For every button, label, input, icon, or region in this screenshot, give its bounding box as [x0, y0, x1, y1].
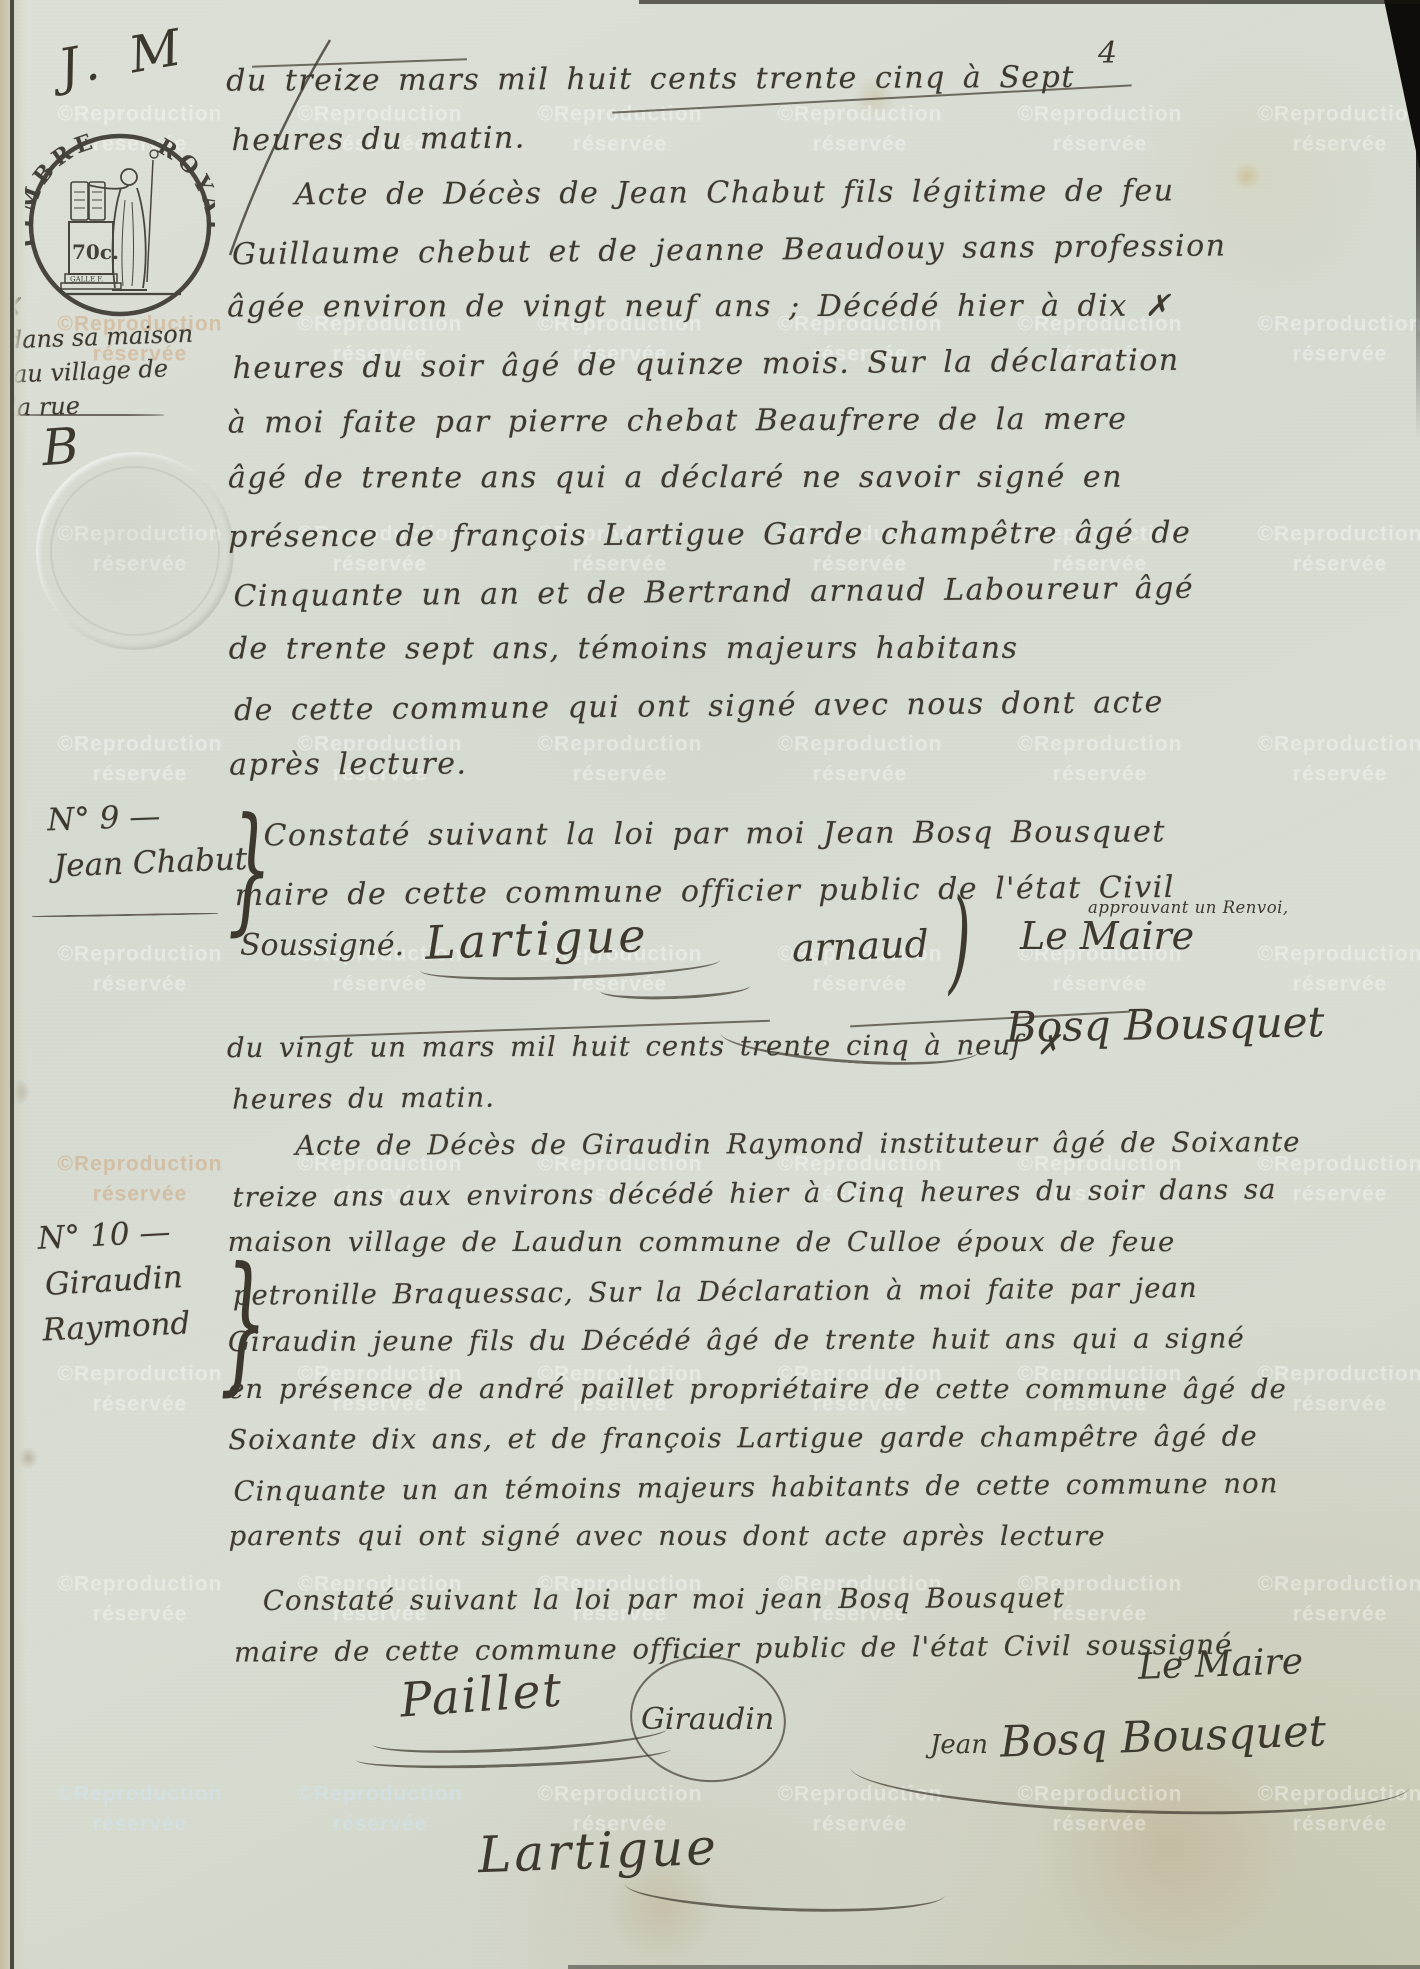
handwritten-line: du vingt un mars mil huit cents trente c… — [227, 1020, 1412, 1073]
act2-body-block: Acte de Décès de Giraudin Raymond instit… — [227, 1118, 1414, 1563]
handwritten-line: Soixante dix ans, et de françois Lartigu… — [228, 1412, 1413, 1465]
handwritten-line: la rue — [9, 385, 196, 425]
margin-location-note: dans sa maisonau village dela rue — [6, 317, 196, 425]
act1-arnaud-paren: ) — [949, 876, 971, 1006]
act1-text: du treize mars mil huit cents trente cin… — [226, 47, 1415, 921]
copyright-watermark: ©Reproductionréservée — [1258, 940, 1420, 1001]
copyright-watermark: ©Reproductionréservée — [58, 1570, 223, 1631]
binding-crease — [10, 0, 14, 1969]
handwritten-line: Cinquante un an et de Bertrand arnaud La… — [233, 558, 1418, 625]
clerk-paraph: J. M — [54, 17, 193, 97]
embossed-seal — [36, 452, 234, 650]
handwritten-line: Guillaume chebut et de jeanne Beaudouy s… — [232, 216, 1417, 283]
act1-margin-underline — [32, 912, 218, 917]
act1-number: N° 9 — — [46, 791, 241, 844]
handwritten-line: Cinquante un an témoins majeurs habitant… — [233, 1458, 1418, 1516]
copyright-watermark: ©Reproductionréservée — [58, 730, 223, 791]
handwritten-line: présence de françois Lartigue Garde cham… — [228, 503, 1413, 565]
copyright-watermark: ©Reproductionréservée — [58, 1780, 223, 1841]
handwritten-line: après lecture. — [229, 731, 1414, 793]
copyright-watermark: ©Reproductionréservée — [58, 940, 223, 1001]
act2-number: N° 10 — — [36, 1208, 186, 1262]
copyright-watermark: ©Reproductionréservée — [58, 1360, 223, 1421]
handwritten-line: de cette commune qui ont signé avec nous… — [234, 672, 1419, 739]
margin-act2-ref: N° 10 — Giraudin Raymond — [36, 1208, 191, 1354]
act2-date-block: du vingt un mars mil huit cents trente c… — [227, 1020, 1412, 1122]
page-top-edge — [639, 0, 1420, 4]
handwritten-line: heures du matin. — [232, 1066, 1417, 1124]
handwritten-line: en présence de andré paillet propriétair… — [228, 1365, 1413, 1414]
handwritten-line: Giraudin jeune fils du Décédé âgé de tre… — [228, 1314, 1413, 1367]
signature-flourish — [600, 975, 751, 1001]
handwritten-line: Acte de Décès de Jean Chabut fils légiti… — [227, 161, 1412, 223]
handwritten-line: treize ans aux environs décédé hier à Ci… — [232, 1164, 1417, 1222]
act2-name-1: Giraudin — [44, 1254, 194, 1308]
handwritten-line: Acte de Décès de Giraudin Raymond instit… — [227, 1118, 1412, 1171]
timbre-royal-stamp: TIMBRE ROYAL. 70c. GALLE F. — [25, 130, 215, 320]
act1-body-block: Acte de Décès de Jean Chabut fils légiti… — [227, 161, 1415, 793]
handwritten-line: parents qui ont signé avec nous dont act… — [229, 1512, 1414, 1561]
registry-page: ©Reproductionréservée©Reproductionréserv… — [0, 0, 1420, 1969]
act2-name-2: Raymond — [41, 1300, 191, 1353]
page-bottom-edge — [568, 1965, 1420, 1969]
stamp-arc-right-text: ROYAL. — [153, 133, 215, 256]
handwritten-line: heures du soir âgé de quinze mois. Sur l… — [232, 330, 1417, 397]
signature-flourish — [849, 1730, 1411, 1822]
handwritten-line: âgé de trente ans qui a déclaré ne savoi… — [228, 448, 1413, 506]
handwritten-line: Constaté suivant la loi par moi jean Bos… — [229, 1573, 1414, 1626]
svg-text:ROYAL.: ROYAL. — [153, 133, 215, 256]
act2-maire-title: Le Maire — [1137, 1641, 1303, 1688]
margin-act1-ref: N° 9 — Jean Chabut — [46, 791, 243, 890]
handwritten-line: âgée environ de vingt neuf ans ; Décédé … — [227, 277, 1412, 335]
act1-name: Jean Chabut — [53, 836, 248, 890]
act2-signature-paillet: Paillet — [398, 1662, 565, 1728]
act1-date-block: du treize mars mil huit cents trente cin… — [226, 47, 1411, 166]
act1-maire-title: Le Maire — [1020, 914, 1194, 958]
margin-paraph-b: B — [40, 417, 81, 477]
page-right-edge — [1416, 120, 1420, 440]
handwritten-line: du treize mars mil huit cents trente cin… — [226, 47, 1411, 109]
copyright-watermark: ©Reproductionréservée — [298, 1780, 463, 1841]
handwritten-line: Constaté suivant la loi par moi Jean Bos… — [229, 802, 1414, 864]
handwritten-line: maison village de Laudun commune de Cull… — [228, 1218, 1413, 1267]
copyright-watermark: ©Reproductionréservée — [58, 1150, 223, 1211]
handwritten-line: à moi faite par pierre chebat Beaufrere … — [228, 389, 1413, 451]
handwritten-line: de trente sept ans, témoins majeurs habi… — [229, 619, 1414, 677]
handwritten-line: heures du matin. — [231, 102, 1416, 169]
handwritten-line: petronille Braquessac, Sur la Déclaratio… — [233, 1262, 1418, 1320]
act1-signature-arnaud: arnaud — [791, 922, 929, 971]
signature-flourish — [624, 1862, 945, 1916]
margin-underline — [14, 414, 164, 416]
act2-text: du vingt un mars mil huit cents trente c… — [227, 1020, 1414, 1675]
act2-signature-giraudin: Giraudin — [641, 1701, 774, 1736]
act1-soussigne: Soussigné. — [240, 928, 404, 963]
